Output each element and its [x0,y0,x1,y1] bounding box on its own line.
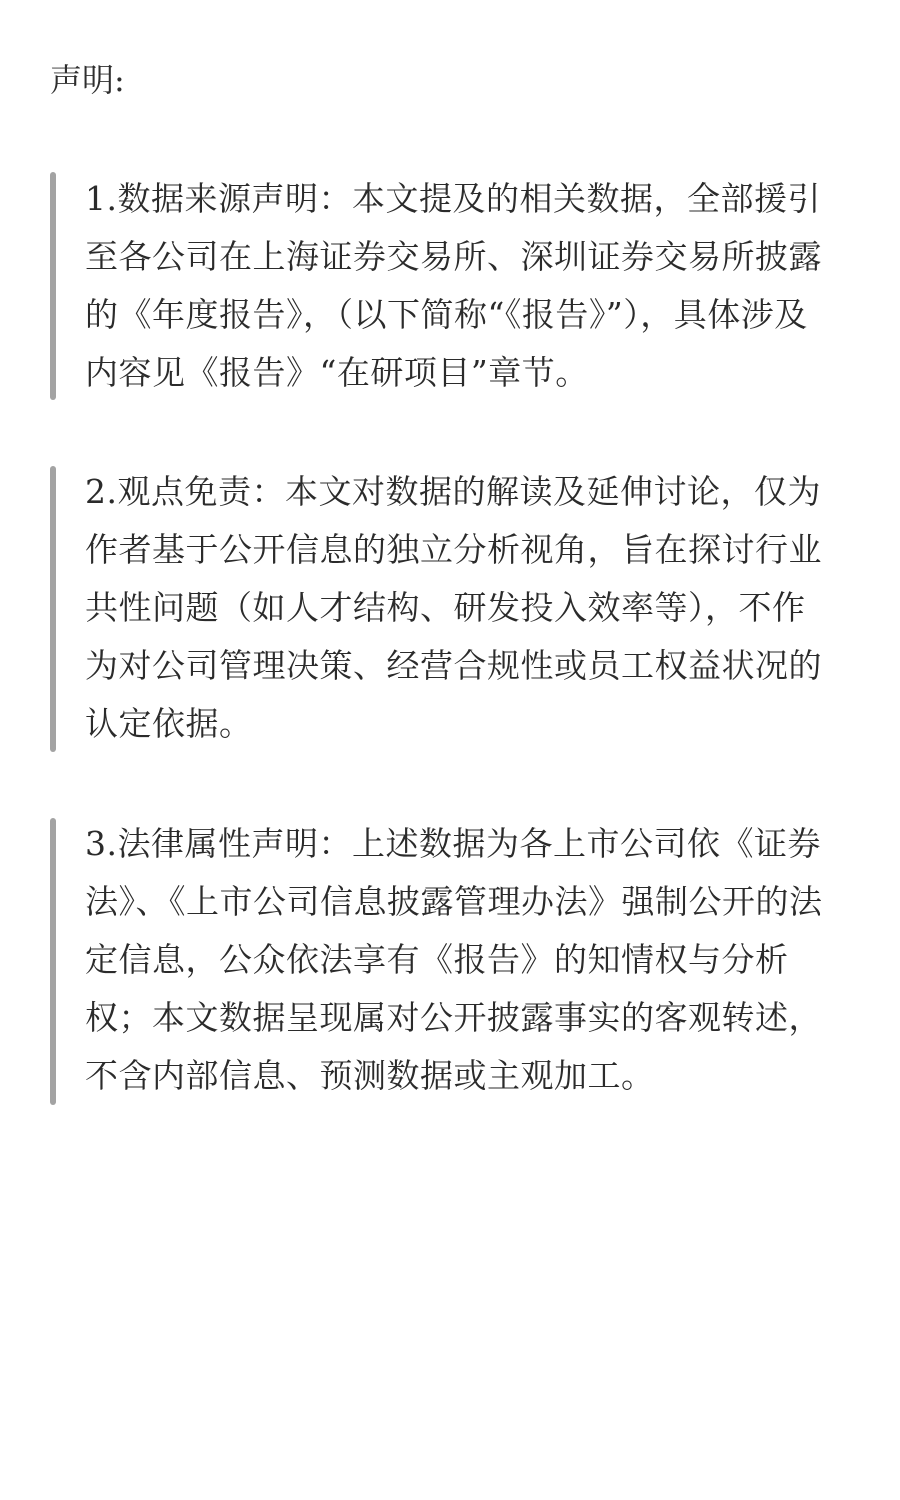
statement-line: 不含内部信息、预测数据或主观加工。 [85,1047,870,1105]
statement-text: 2.观点免责：本文对数据的解读及延伸讨论，仅为 作者基于公开信息的独立分析视角，… [85,463,870,753]
quote-bar [50,172,56,400]
statement-block-legal-nature: 3.法律属性声明：上述数据为各上市公司依《证券 法》、《上市公司信息披露管理办法… [50,818,870,1105]
statement-line: 1.数据来源声明：本文提及的相关数据，全部援引 [85,170,870,228]
statement-line: 3.法律属性声明：上述数据为各上市公司依《证券 [85,815,870,873]
statement-line: 定信息，公众依法享有《报告》的知情权与分析 [85,931,870,989]
statement-line: 2.观点免责：本文对数据的解读及延伸讨论，仅为 [85,463,870,521]
statement-line: 为对公司管理决策、经营合规性或员工权益状况的 [85,637,870,695]
statement-line: 至各公司在上海证券交易所、深圳证券交易所披露 [85,228,870,286]
quote-bar [50,818,56,1105]
statement-text: 3.法律属性声明：上述数据为各上市公司依《证券 法》、《上市公司信息披露管理办法… [85,815,870,1105]
quote-bar [50,466,56,752]
statement-line: 法》、《上市公司信息披露管理办法》强制公开的法 [85,873,870,931]
statement-block-data-source: 1.数据来源声明：本文提及的相关数据，全部援引 至各公司在上海证券交易所、深圳证… [50,172,870,400]
disclaimer-heading: 声明: [50,58,125,102]
statement-text: 1.数据来源声明：本文提及的相关数据，全部援引 至各公司在上海证券交易所、深圳证… [85,170,870,402]
statement-line: 内容见《报告》“在研项目”章节。 [85,344,870,402]
statement-line: 的《年度报告》，（以下简称“《报告》”），具体涉及 [85,286,870,344]
statement-line: 认定依据。 [85,695,870,753]
statement-line: 权；本文数据呈现属对公开披露事实的客观转述， [85,989,870,1047]
statement-line: 共性问题（如人才结构、研发投入效率等），不作 [85,579,870,637]
statement-line: 作者基于公开信息的独立分析视角，旨在探讨行业 [85,521,870,579]
statement-block-opinion-disclaimer: 2.观点免责：本文对数据的解读及延伸讨论，仅为 作者基于公开信息的独立分析视角，… [50,466,870,752]
